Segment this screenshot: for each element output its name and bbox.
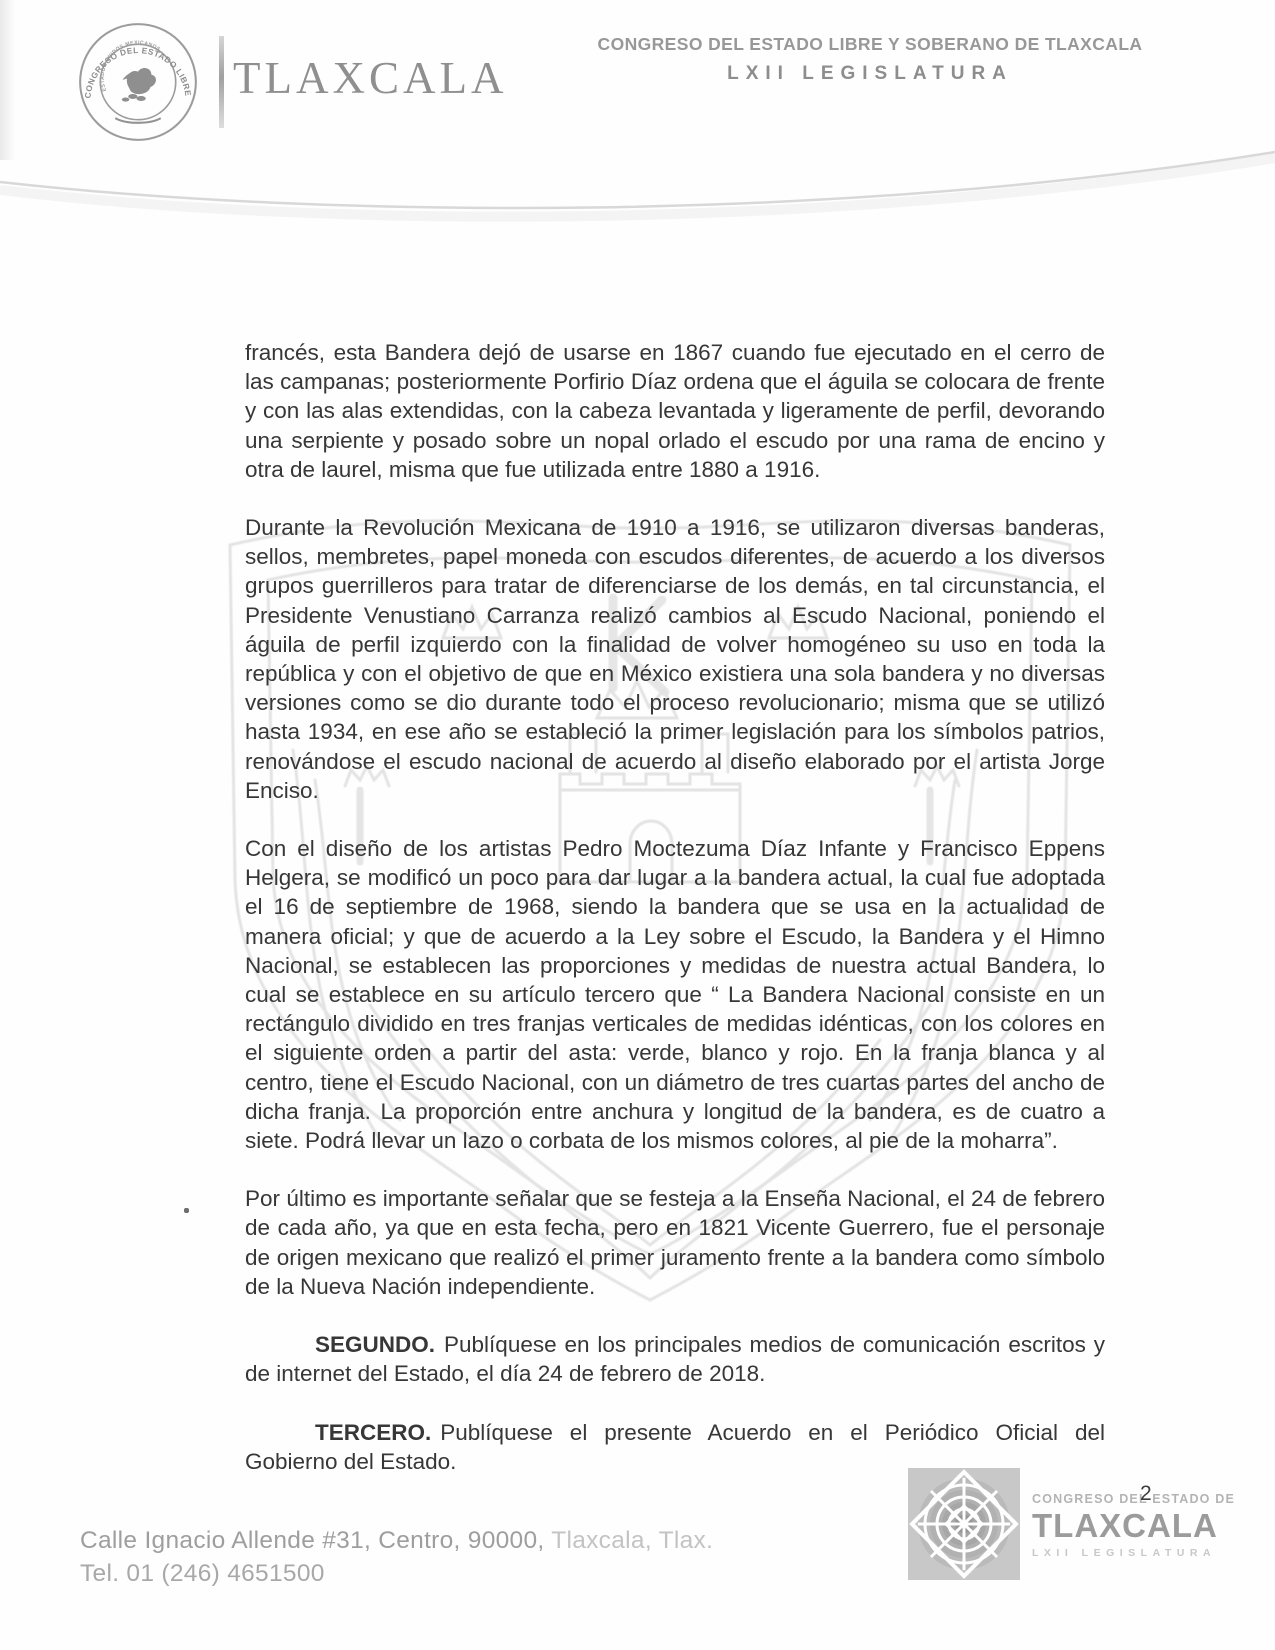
org-name: CONGRESO DEL ESTADO LIBRE Y SOBERANO DE … (560, 34, 1180, 55)
brand-title: TLAXCALA (233, 52, 507, 104)
scan-dot-artifact (184, 1208, 189, 1213)
page-number: 2 (1140, 1482, 1152, 1506)
footer-logo-name: TLAXCALA (1032, 1507, 1262, 1545)
paragraph-segundo-lead: SEGUNDO. (315, 1332, 435, 1357)
eagle-glyph (122, 68, 156, 102)
footer-address: Calle Ignacio Allende #31, Centro, 90000… (80, 1524, 713, 1590)
paragraph-segundo: SEGUNDO.Publíquese en los principales me… (245, 1330, 1105, 1388)
address-city: Tlaxcala, Tlax. (551, 1527, 713, 1554)
paragraph-tercero-lead: TERCERO. (315, 1420, 431, 1445)
org-legislature: LXII LEGISLATURA (560, 63, 1180, 85)
paragraph-1: francés, esta Bandera dejó de usarse en … (245, 338, 1105, 484)
header-divider (219, 36, 224, 128)
scanned-document-page: CONGRESO DEL ESTADO LIBRE Y SOBERANO EST… (0, 0, 1275, 1650)
paragraph-4: Por último es importante señalar que se … (245, 1184, 1105, 1301)
footer-phone: Tel. 01 (246) 4651500 (80, 1557, 713, 1590)
address-street: Calle Ignacio Allende #31, Centro, 90000… (80, 1527, 551, 1554)
paragraph-3: Con el diseño de los artistas Pedro Moct… (245, 834, 1105, 1155)
document-body: francés, esta Bandera dejó de usarse en … (245, 338, 1105, 1505)
scan-edge-shadow (0, 0, 16, 160)
rosette-logo-icon (908, 1468, 1020, 1580)
org-header: CONGRESO DEL ESTADO LIBRE Y SOBERANO DE … (560, 34, 1180, 85)
paragraph-2: Durante la Revolución Mexicana de 1910 a… (245, 513, 1105, 805)
footer-logo-legislature: LXII LEGISLATURA (1032, 1547, 1262, 1559)
eagle-seal-icon: CONGRESO DEL ESTADO LIBRE Y SOBERANO EST… (76, 20, 200, 144)
